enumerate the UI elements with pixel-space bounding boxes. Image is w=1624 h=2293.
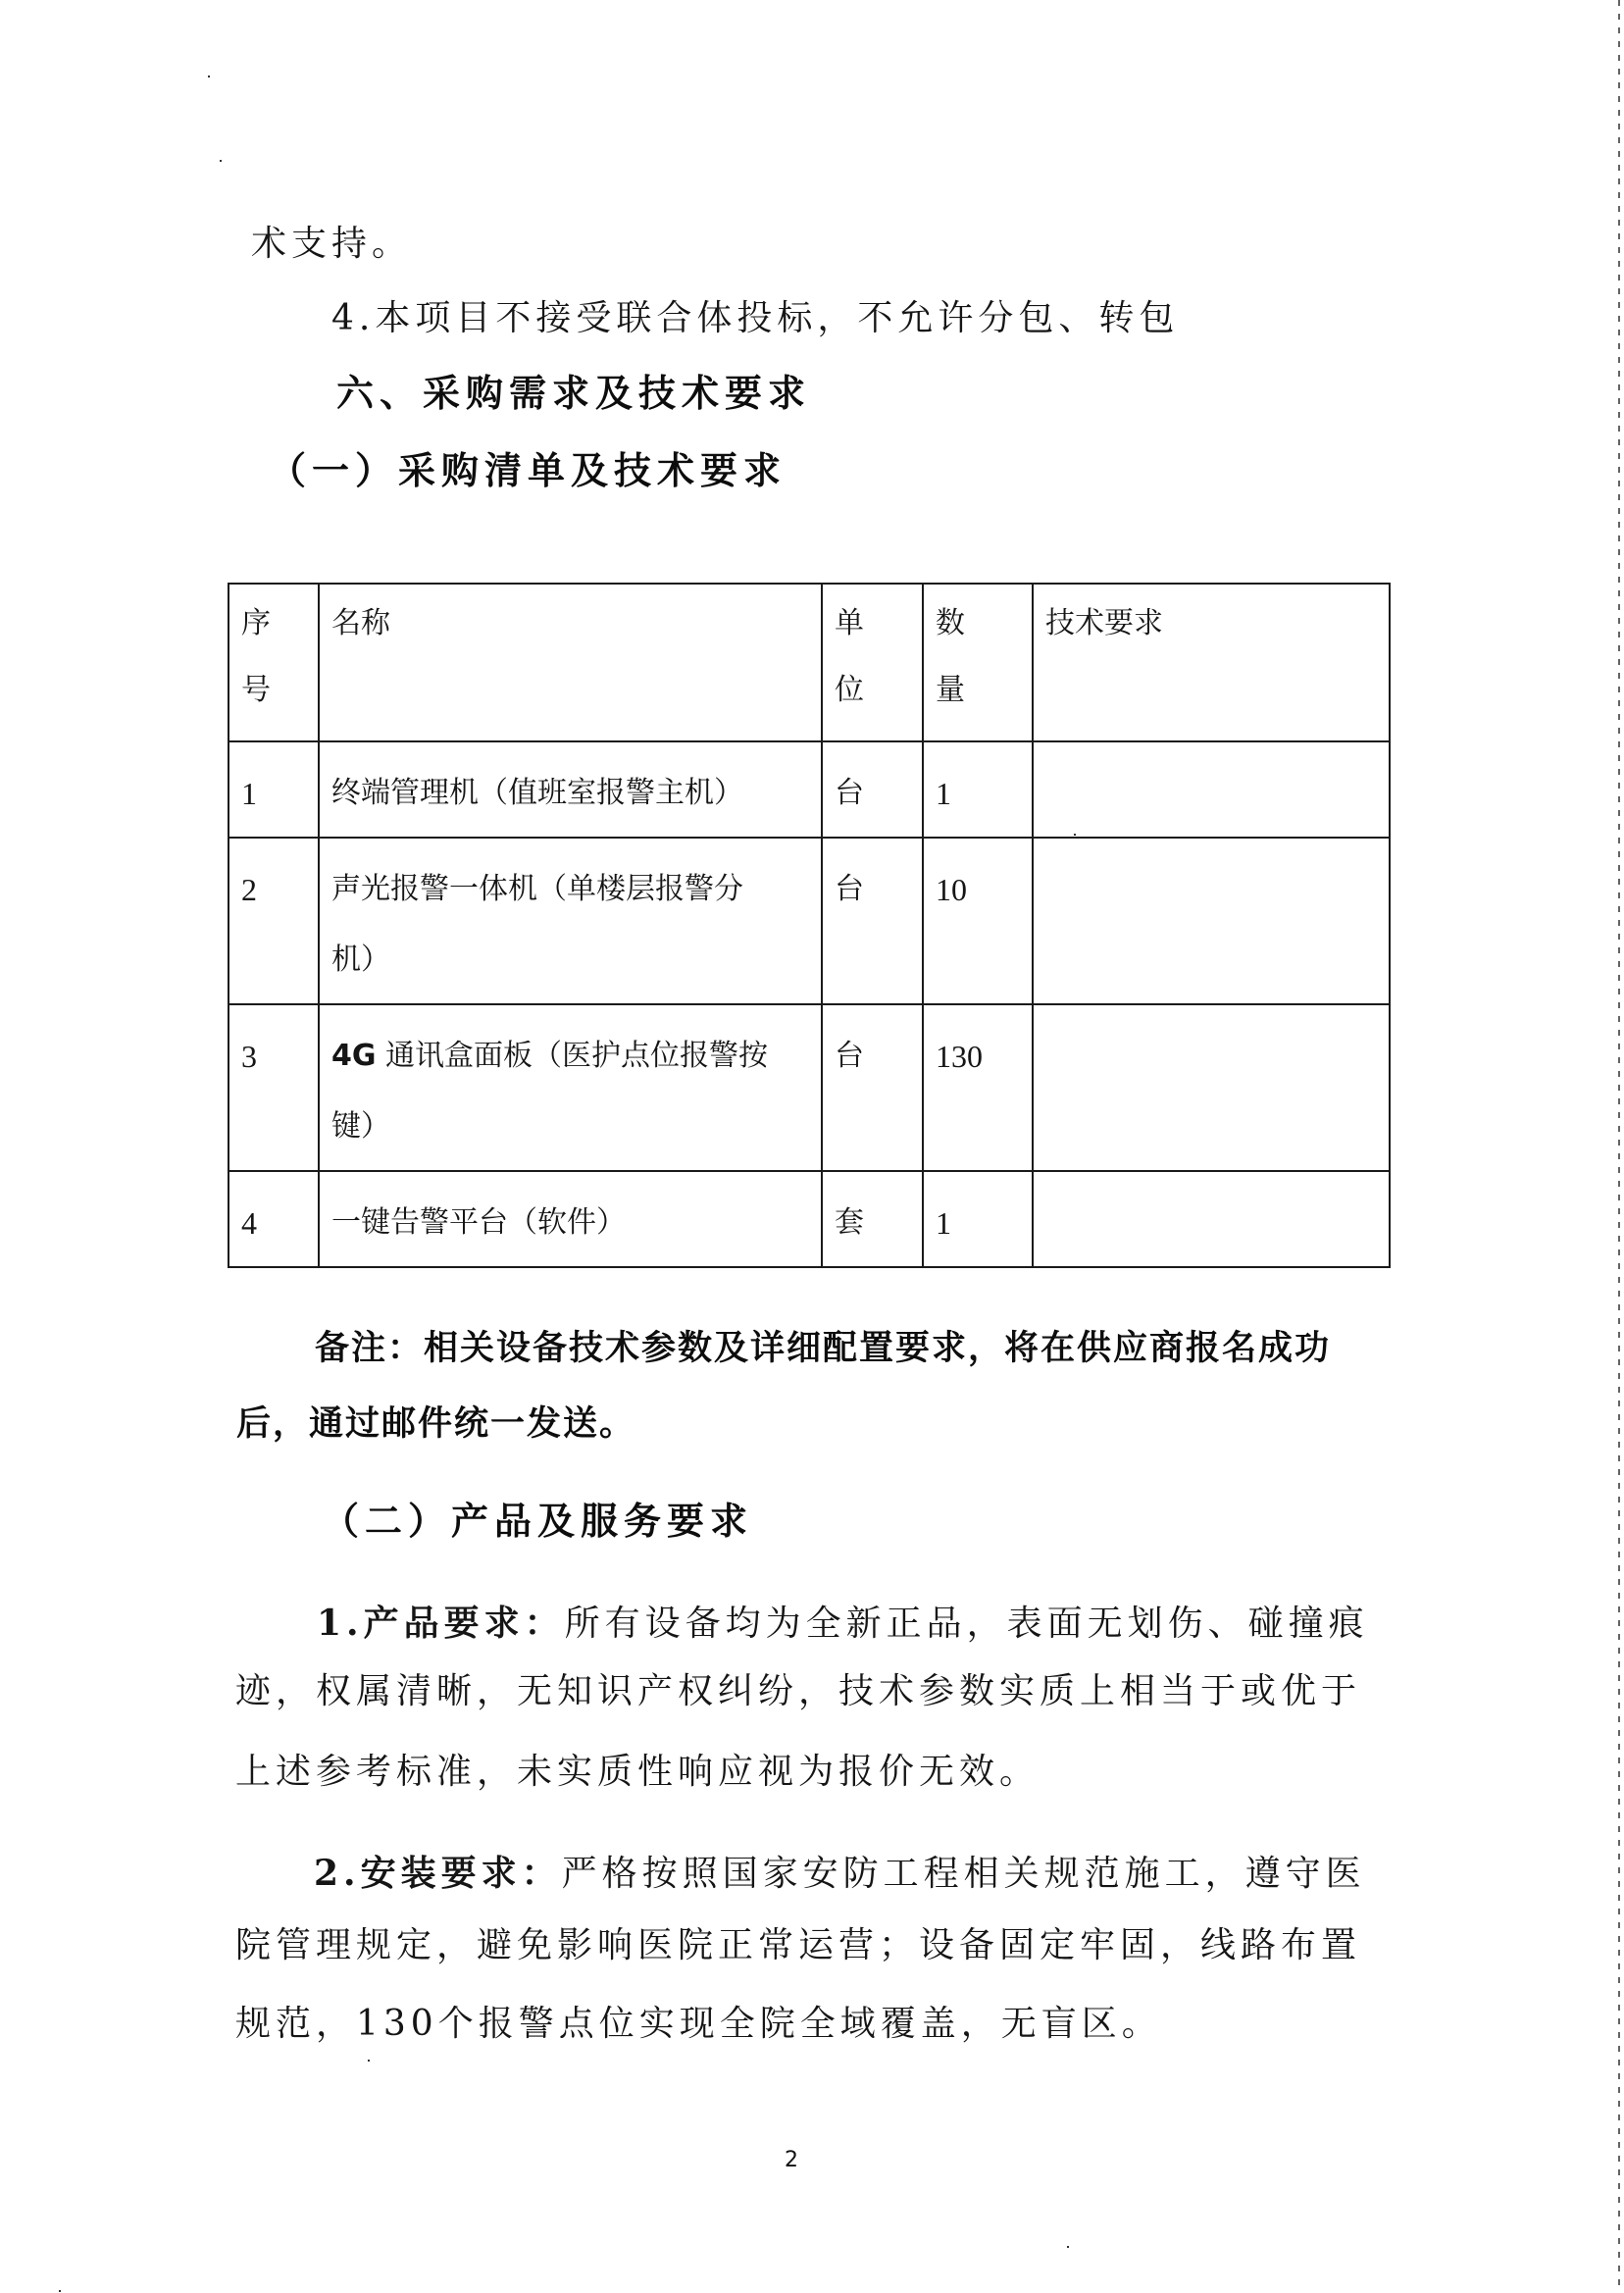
cell-no: 1 (228, 741, 319, 838)
cell-qty: 130 (923, 1004, 1033, 1171)
cell-qty: 1 (923, 741, 1033, 838)
item-2-lead: 2.安装要求： (314, 1853, 562, 1894)
scan-speck (368, 2060, 370, 2062)
item-1-text: 所有设备均为全新正品，表面无划伤、碰撞痕 (565, 1604, 1369, 1644)
table-row: 1 终端管理机（值班室报警主机） 台 1 (228, 741, 1390, 838)
header-no-char-2: 号 (241, 657, 310, 724)
table-row: 4 一键告警平台（软件） 套 1 (228, 1171, 1390, 1267)
section-heading: 六、采购需求及技术要求 (336, 373, 811, 414)
scan-speck (208, 76, 210, 77)
cell-unit: 套 (822, 1171, 923, 1267)
page-number: 2 (785, 2148, 798, 2172)
header-qty-char-2: 量 (936, 657, 1024, 724)
scan-edge-line (1618, 0, 1620, 2293)
procurement-table: 序 号 名称 单 位 数 量 技术要求 1 终端管理机（值班室报警主机） 台 1 (228, 583, 1391, 1268)
continued-text-line: 术支持。 (251, 224, 412, 265)
cell-name-line-2: 机） (331, 925, 813, 995)
note-line-2: 后，通过邮件统一发送。 (236, 1403, 635, 1445)
item-2-line-2: 院管理规定，避免影响医院正常运营；设备固定牢固，线路布置 (235, 1925, 1361, 1966)
subsection-2-heading: （二）产品及服务要求 (322, 1501, 753, 1542)
header-unit-char-2: 位 (835, 657, 914, 724)
cell-tech (1033, 741, 1390, 838)
scan-speck (1241, 1353, 1243, 1355)
header-no: 序 号 (228, 584, 319, 741)
cell-name-line-1: 通讯盒面板（医护点位报警按 (377, 1039, 769, 1073)
cell-tech (1033, 1004, 1390, 1171)
cell-name-line-1: 声光报警一体机（单楼层报警分 (331, 854, 813, 925)
note-line-1: 备注：相关设备技术参数及详细配置要求，将在供应商报名成功 (315, 1328, 1331, 1369)
header-qty: 数 量 (923, 584, 1033, 741)
cell-unit: 台 (822, 838, 923, 1004)
cell-name: 4G 通讯盒面板（医护点位报警按 键） (319, 1004, 822, 1171)
cell-no: 2 (228, 838, 319, 1004)
document-page: 术支持。 4.本项目不接受联合体投标，不允许分包、转包 六、采购需求及技术要求 … (0, 0, 1624, 2293)
header-no-char-1: 序 (241, 590, 310, 657)
clause-4-text: 4.本项目不接受联合体投标，不允许分包、转包 (331, 298, 1179, 339)
cell-name: 终端管理机（值班室报警主机） (319, 741, 822, 838)
item-1-line-3: 上述参考标准，未实质性响应视为报价无效。 (235, 1752, 1040, 1793)
cell-tech (1033, 838, 1390, 1004)
cell-qty: 1 (923, 1171, 1033, 1267)
scan-speck (1074, 834, 1076, 836)
item-2-line-1: 2.安装要求：严格按照国家安防工程相关规范施工，遵守医 (314, 1853, 1366, 1895)
scan-speck (220, 160, 222, 162)
cell-name: 一键告警平台（软件） (319, 1171, 822, 1267)
cell-tech (1033, 1171, 1390, 1267)
subsection-1-heading: （一）采购清单及技术要求 (269, 450, 787, 491)
header-unit-char-1: 单 (835, 590, 914, 657)
item-2-text: 严格按照国家安防工程相关规范施工，遵守医 (562, 1854, 1366, 1894)
cell-name-prefix: 4G (331, 1039, 377, 1073)
cell-unit: 台 (822, 741, 923, 838)
table-row: 2 声光报警一体机（单楼层报警分 机） 台 10 (228, 838, 1390, 1004)
header-name: 名称 (319, 584, 822, 741)
scan-speck (59, 2290, 61, 2292)
item-1-lead: 1.产品要求： (317, 1603, 565, 1644)
cell-unit: 台 (822, 1004, 923, 1171)
header-qty-char-1: 数 (936, 590, 1024, 657)
cell-no: 3 (228, 1004, 319, 1171)
scan-speck (1067, 2246, 1069, 2248)
header-unit: 单 位 (822, 584, 923, 741)
item-1-line-2: 迹，权属清晰，无知识产权纠纷，技术参数实质上相当于或优于 (235, 1671, 1361, 1712)
header-tech: 技术要求 (1033, 584, 1390, 741)
item-2-line-3: 规范，130个报警点位实现全院全域覆盖，无盲区。 (235, 2004, 1162, 2045)
cell-no: 4 (228, 1171, 319, 1267)
cell-qty: 10 (923, 838, 1033, 1004)
item-1-line-1: 1.产品要求：所有设备均为全新正品，表面无划伤、碰撞痕 (317, 1603, 1369, 1645)
table-row: 3 4G 通讯盒面板（医护点位报警按 键） 台 130 (228, 1004, 1390, 1171)
cell-name-line-2: 键） (331, 1092, 813, 1162)
table-header-row: 序 号 名称 单 位 数 量 技术要求 (228, 584, 1390, 741)
procurement-table-container: 序 号 名称 单 位 数 量 技术要求 1 终端管理机（值班室报警主机） 台 1 (228, 583, 1391, 1268)
cell-name: 声光报警一体机（单楼层报警分 机） (319, 838, 822, 1004)
